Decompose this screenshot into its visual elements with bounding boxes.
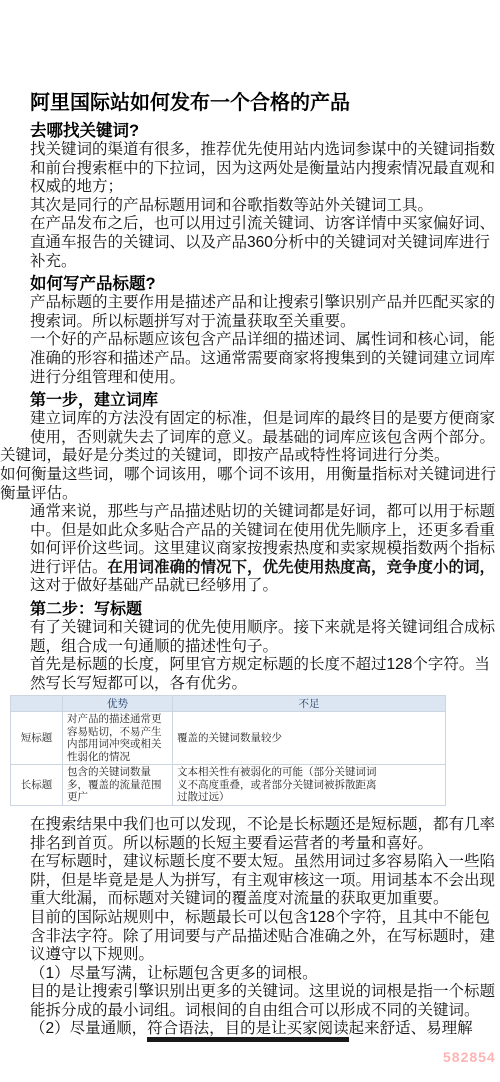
paragraph-with-bold: 通常来说，那些与产品描述贴切的关键词都是好词，都可以用于标题中。但是如此众多贴合…	[30, 503, 496, 596]
paragraph: 一个好的产品标题应该包含产品详细的描述词、属性词和核心词，能准确的形容和描述产品…	[30, 331, 496, 387]
section-heading-find-keywords: 去哪找关键词?	[30, 122, 496, 141]
table-header-pros: 优势	[63, 696, 173, 712]
row-label: 长标题	[11, 765, 63, 806]
paragraph: 在搜索结果中我们也可以发现，不论是长标题还是短标题，都有几率排名到首页。所以标题…	[30, 816, 496, 853]
underline-mark: 符合语法，目的是让买家阅读	[147, 1020, 349, 1042]
paragraph: 在产品发布之后，也可以用过引流关键词、访客详情中买家偏好词、直通车报告的关键词、…	[30, 215, 496, 271]
paragraph: 首先是标题的长度，阿里官方规定标题的长度不超过128个字符。当然写长写短都可以，…	[30, 656, 496, 693]
table-row-long-title: 长标题 包含的关键词数量多，覆盖的流量范围更广 文本相关性有被弱化的可能（部分关…	[11, 765, 446, 806]
document-title: 阿里国际站如何发布一个合格的产品	[30, 90, 496, 116]
paragraph: 其次是同行的产品标题用词和谷歌指数等站外关键词工具。	[30, 197, 496, 216]
row-label: 短标题	[11, 712, 63, 765]
bold-text-run: 在用词准确的情况下，优先使用热度高，竞争度小的词，	[108, 559, 496, 576]
paragraph: 找关键词的渠道有很多，推荐优先使用站内选词参谋中的关键词指数和前台搜索框中的下拉…	[30, 141, 496, 197]
step1-heading: 第一步，建立词库	[30, 391, 496, 410]
paragraph-outdent-keywords: 关键词，最好是分类过的关键词，即按产品或特性将词进行分类。	[0, 447, 496, 466]
watermark: 582854	[443, 1048, 496, 1067]
paragraph: 产品标题的主要作用是描述产品和让搜索引擎识别产品并匹配买家的搜索词。所以标题拼写…	[30, 294, 496, 331]
cons-cell: 覆盖的关键词数量较少	[173, 712, 446, 765]
table-header-row: 优势 不足	[11, 696, 446, 712]
step2-heading: 第二步：写标题	[30, 600, 496, 619]
table-row-short-title: 短标题 对产品的描述通常更容易贴切，不易产生内部用词冲突或相关性弱化的情况 覆盖…	[11, 712, 446, 765]
list-item-2: （2）尽量通顺，符合语法，目的是让买家阅读起来舒适、易理解	[30, 1020, 496, 1039]
list-item-1: （1）尽量写满，让标题包含更多的词根。	[30, 965, 496, 984]
cons-cell: 文本相关性有被弱化的可能（部分关键词词义不高度重叠，或者部分关键词被拆散距离过散…	[173, 765, 446, 806]
pros-cell: 包含的关键词数量多，覆盖的流量范围更广	[63, 765, 173, 806]
cons-text: 文本相关性有被弱化的可能（部分关键词词义不高度重叠，或者部分关键词被拆散距离过散…	[177, 766, 383, 804]
text-run: 起来舒适、易理解	[349, 1020, 473, 1037]
section-heading-write-title: 如何写产品标题?	[30, 275, 496, 294]
cons-text: 覆盖的关键词数量较少	[177, 732, 383, 745]
paragraph: 目的是让搜索引擎识别出更多的关键词。这里说的词根是指一个标题能拆分成的最小词组。…	[30, 983, 496, 1020]
article-page: 阿里国际站如何发布一个合格的产品 去哪找关键词? 找关键词的渠道有很多，推荐优先…	[0, 0, 500, 1082]
comparison-table: 优势 不足 短标题 对产品的描述通常更容易贴切，不易产生内部用词冲突或相关性弱化…	[10, 695, 446, 806]
paragraph: 目前的国际站规则中，标题最长可以包含128个字符，且其中不能包含非法字符。除了用…	[30, 909, 496, 965]
paragraph: 建立词库的方法没有固定的标准，但是词库的最终目的是要方便商家使用，否则就失去了词…	[30, 410, 496, 447]
text-run: （2）尽量通顺，	[30, 1020, 147, 1037]
pros-cell: 对产品的描述通常更容易贴切，不易产生内部用词冲突或相关性弱化的情况	[63, 712, 173, 765]
text-run: 这对于做好基础产品就已经够用了。	[30, 577, 278, 594]
table-header-cons: 不足	[173, 696, 446, 712]
paragraph: 在写标题时，建议标题长度不要太短。虽然用词过多容易陷入一些陷阱，但是毕竟是是人为…	[30, 853, 496, 909]
paragraph-outdent-measure: 如何衡量这些词，哪个词该用，哪个词不该用，用衡量指标对关键词进行衡量评估。	[0, 466, 496, 503]
table-header-blank	[11, 696, 63, 712]
paragraph: 有了关键词和关键词的优先使用顺序。接下来就是将关键词组合成标题，组合成一句通顺的…	[30, 619, 496, 656]
